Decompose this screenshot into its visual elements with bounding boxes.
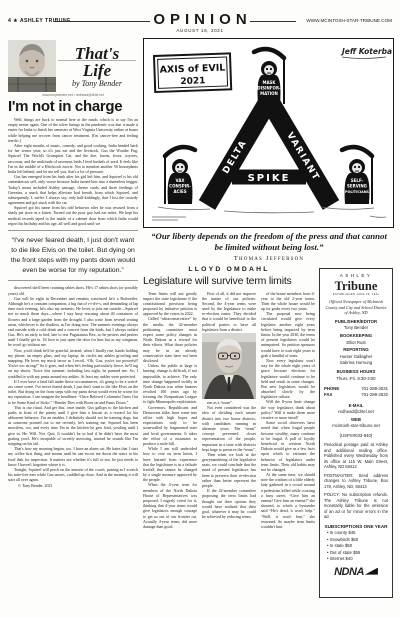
phone-fax: PHONE701-288-3531 FAX701-288-3532	[324, 386, 388, 399]
column-2-top-text: First of all, it did not improve the nat…	[202, 291, 256, 333]
masthead-established: ESTABLISHED JUNE 29, 1941	[324, 293, 388, 297]
svg-text:SELF-: SELF-	[351, 178, 364, 183]
paragraph: of the house members from 4-year to the …	[261, 291, 315, 312]
quote-text: “Our liberty depends on the freedom of t…	[146, 231, 392, 254]
usps-number: (USPS#033-940)	[324, 433, 388, 439]
official-newspaper-note: Official Newspaper of McIntosh County an…	[324, 299, 388, 316]
header-rule-right	[250, 21, 296, 22]
svg-text:SPIKE: SPIKE	[248, 173, 291, 184]
svg-text:VAX: VAX	[175, 178, 184, 183]
paragraph: First of all, it did not improve the nat…	[202, 291, 256, 333]
paragraph: Governors, Republicans and Democrats ali…	[143, 405, 197, 447]
quote-attribution: Thomas Jefferson	[146, 255, 392, 262]
website-url: WWW.MCINTOSH-STAR-TRIBUNE.COM	[306, 18, 392, 23]
subscriptions-list: • In county $45• Snowbirds $60• In state…	[324, 530, 388, 562]
paragraph: Sabrina Hornung	[324, 360, 388, 366]
paragraph: Now, you'd think he'd be grateful, inste…	[8, 348, 138, 379]
svg-text:MASK: MASK	[262, 80, 276, 85]
paragraph: Gus will be eight in December and remain…	[8, 296, 138, 348]
subscriptions-title: SUBSCRIPTIONS ONE YEAR	[324, 524, 388, 530]
paragraph: Not even considered was the idea of divi…	[202, 405, 256, 452]
ndna-logo: NDNA	[324, 567, 388, 578]
staff-names: Hunter GallagherSabrina Hornung	[324, 354, 388, 366]
paragraph: Some social observers have noted that wh…	[261, 420, 315, 472]
paragraph: discovered she'd been counting rabies sh…	[8, 285, 138, 295]
svg-text:AXIS of EVIL: AXIS of EVIL	[159, 63, 225, 76]
postmaster-notice: POSTMASTER: Send address changes to Ashl…	[324, 473, 388, 490]
paragraph: If I ever have a fatal fall under those …	[8, 379, 138, 405]
column-byline: by Tony Bender	[56, 79, 138, 89]
fax-number: 701-288-3532	[361, 392, 388, 398]
paragraph: If the 42-member committee proposing the…	[202, 488, 256, 519]
staff-list: PUBLISHER/EDITOR Tony Bender BOOKKEEPING…	[324, 319, 388, 366]
paragraph: Now every legislator won't stay for the …	[261, 358, 315, 400]
paragraph: While I am still undecided how to vote o…	[143, 446, 197, 482]
cartoon-drawing: AXIS of EVIL 2021 Jeff Koterba DELTA VAR…	[144, 39, 393, 227]
paragraph: Term limits will not greatly impact the …	[143, 291, 197, 317]
paragraph: When the 4-year term for members of the …	[143, 482, 197, 529]
paragraph: At the same time, we should note the wis…	[261, 472, 315, 529]
newspaper-opinion-page: 4 ★ ASHLEY TRIBUNE OPINION AUGUST 18, 20…	[0, 0, 400, 618]
paragraph: • Internet $40	[327, 556, 388, 562]
paragraph: Then when we look at the gerrymandering …	[202, 452, 256, 488]
policy-notice: POLICY: No subscription refunds. The Ash…	[324, 492, 388, 520]
thats-life-column: That's Life by Tony Bender www.tonybende…	[8, 40, 138, 488]
column-title-line2: Life	[56, 62, 138, 79]
article-column-3: of the house members from 4-year to the …	[261, 291, 315, 555]
paragraph: Tony Bender	[324, 325, 388, 331]
web-address: mcintosh-star-tribune.net	[324, 423, 388, 429]
author-contact-line: www.tonybender.net • redhead@drtel.net	[8, 93, 138, 97]
svg-text:2021: 2021	[180, 76, 205, 87]
staff-names: Tony Bender	[324, 325, 388, 331]
article-columns: Term limits will not greatly impact the …	[143, 291, 315, 555]
column-masthead: That's Life by Tony Bender	[8, 40, 138, 92]
paragraph: This is our ritual. And get this, once i…	[8, 405, 138, 447]
email-web: E-MAIL redhead@drtel.net WEB mcintosh-st…	[324, 403, 388, 429]
paragraph: Tonight, Squirrel will perch on the armr…	[8, 467, 138, 483]
issue-date: AUGUST 18, 2021	[0, 28, 400, 33]
article-headline: I'm not in charge	[8, 99, 138, 114]
column-title-line1: That's	[56, 46, 138, 62]
lloyd-omdahl-photo	[202, 333, 256, 399]
cartoonist-signature: Jeff Koterba	[340, 47, 392, 56]
jefferson-quote-block: “Our liberty depends on the freedom of t…	[146, 231, 392, 262]
svg-text:ACIES: ACIES	[173, 189, 186, 194]
column-title-block: That's Life by Tony Bender	[56, 40, 138, 92]
copyright-line: © Tony Bender, 2021	[8, 483, 138, 489]
article-headline: Legislature will survive term limits	[143, 276, 315, 288]
paragraph: Elliot Rust	[324, 340, 388, 346]
business-hours: BUSINESS HOURS Thurs.-Fri. 8:30-3:00	[324, 369, 388, 381]
grim-reaper-self-serving-politicians: SELF- SERVING POLITICIANS	[342, 147, 372, 204]
paragraph: Squirrel got his name from his odd behav…	[8, 205, 138, 226]
letter-a-delta-variant: DELTA VARIANT SPIKE	[207, 100, 331, 205]
author-name: LLOYD OMDAHL	[143, 266, 315, 273]
masthead-tribune: Tribune	[324, 280, 388, 293]
column-2-bottom-text: run as a “team”.Not even considered was …	[202, 400, 256, 519]
paragraph: Gus has emerged from his funk after his …	[8, 174, 138, 205]
paragraph: Well, things are back to normal here at …	[8, 117, 138, 143]
svg-text:CONSPIR-: CONSPIR-	[169, 184, 191, 189]
paragraph: Called “ultraconservative” by the media,…	[143, 316, 197, 363]
tony-bender-photo	[8, 40, 56, 92]
svg-text:SERVING: SERVING	[347, 184, 367, 189]
ground-lines	[152, 207, 386, 220]
staff-names: Elliot Rust	[324, 340, 388, 346]
fax-label: FAX	[324, 392, 332, 398]
paragraph: Will the 8-year limit change the way leg…	[261, 399, 315, 420]
masthead-box: ASHLEY Tribune ESTABLISHED JUNE 29, 1941…	[319, 268, 393, 598]
svg-text:MATION: MATION	[260, 91, 278, 96]
article-body-before-quote: Well, things are back to normal here at …	[8, 117, 138, 226]
paragraph: Unless the public at large is hurting, c…	[143, 363, 197, 405]
axis-of-evil-sign: AXIS of EVIL 2021	[154, 53, 231, 92]
masthead-ashley: ASHLEY	[324, 273, 388, 279]
postage-notice: Periodical postage paid at Ashley and ad…	[324, 442, 388, 470]
email-address: redhead@drtel.net	[324, 409, 388, 415]
svg-text:DISINFOR-: DISINFOR-	[257, 86, 281, 91]
grim-reaper-mask-disinformation: MASK DISINFOR- MATION	[254, 49, 284, 104]
pull-quote: “I've never feared death, I just don't w…	[8, 230, 138, 281]
grim-reaper-vax-conspiracies: VAX CONSPIR- ACIES	[165, 147, 195, 204]
editorial-cartoon: AXIS of EVIL 2021 Jeff Koterba DELTA VAR…	[143, 38, 394, 228]
business-hours-value: Thurs.-Fri. 8:30-3:00	[324, 376, 388, 382]
paragraph: After eight months of music, comedy, and…	[8, 143, 138, 174]
omdahl-article: LLOYD OMDAHL Legislature will survive te…	[143, 266, 315, 555]
paragraph: That's how my morning begins, too. I hav…	[8, 446, 138, 467]
article-body-after-quote: discovered she'd been counting rabies sh…	[8, 285, 138, 482]
article-column-1: Term limits will not greatly impact the …	[143, 291, 197, 555]
paragraph: The proposal now being circulated would …	[261, 311, 315, 358]
article-column-2: First of all, it did not improve the nat…	[202, 291, 256, 555]
svg-text:POLITICIANS: POLITICIANS	[345, 190, 370, 194]
